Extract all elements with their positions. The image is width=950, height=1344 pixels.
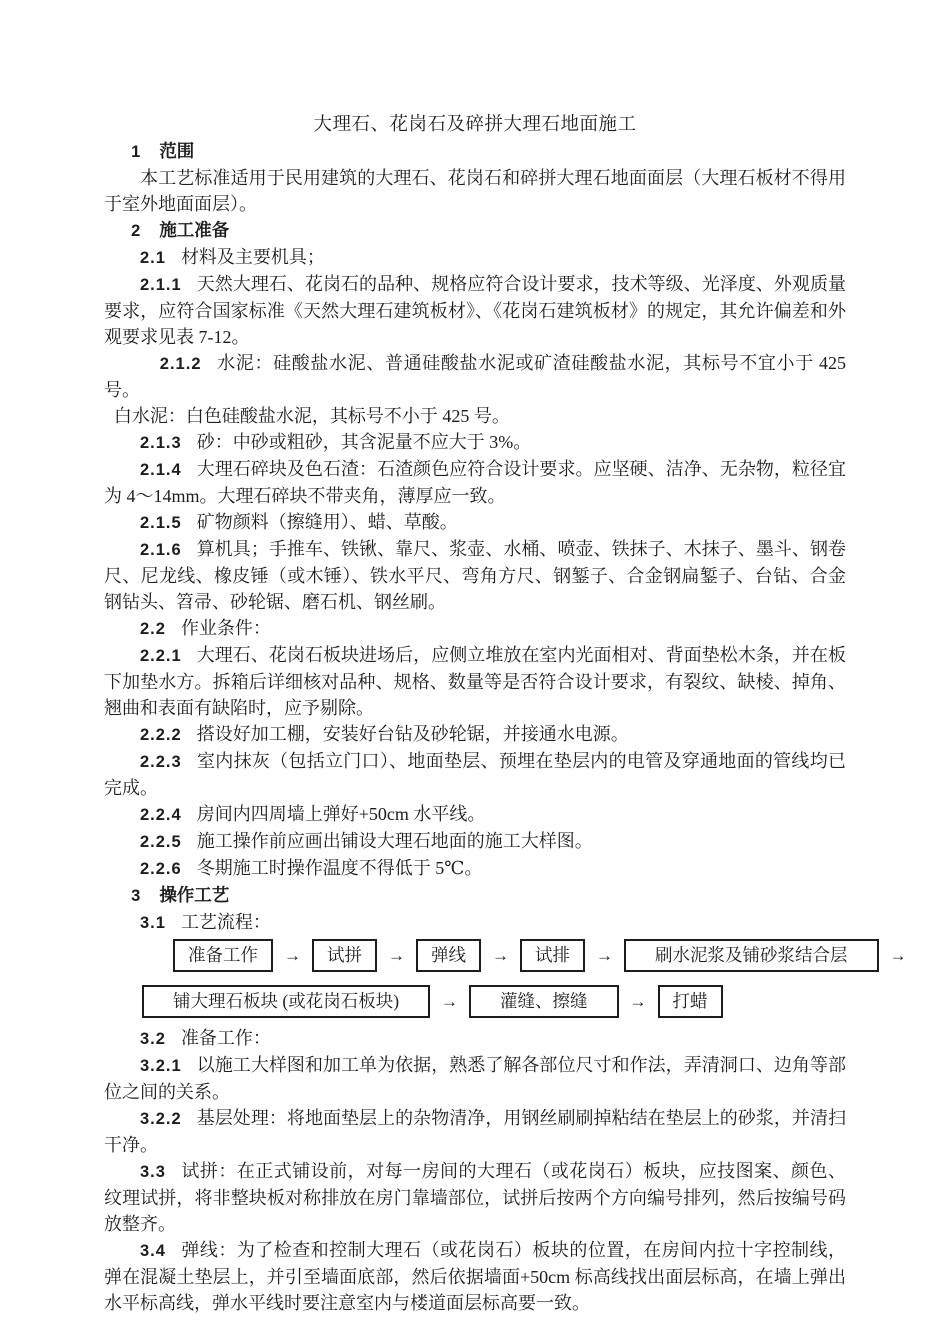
para-scope-intro: 本工艺标准适用于民用建筑的大理石、花岗石和碎拼大理石地面面层（大理石板材不得用于… [104,165,846,217]
heading-number: 3 [131,887,141,905]
item-number: 2.1.3 [140,434,182,452]
item-text: 基层处理：将地面垫层上的杂物清净，用钢丝刷刷掉粘结在垫层上的砂浆，并清扫干净。 [104,1108,846,1155]
item-text: 准备工作： [181,1028,271,1048]
flow-step-waxing: 打蜡 [658,985,723,1018]
item-number: 2.2.1 [140,647,182,665]
para-2-1-1: 2.1.1天然大理石、花岗石的品种、规格应符合设计要求，技术等级、光泽度、外观质… [104,271,846,350]
item-text: 大理石碎块及色石渣：石渣颜色应符合设计要求。应坚硬、洁净、无杂物，粒径宜为 4～… [104,459,846,506]
item-number: 2.1 [140,249,166,267]
item-text: 试拼：在正式铺设前，对每一房间的大理石（或花岗石）板块，应技图案、颜色、纹理试拼… [104,1161,846,1234]
process-flowchart: 准备工作 → 试拼 → 弹线 → 试排 → 刷水泥浆及铺砂浆结合层 → 铺大理石… [104,939,846,1018]
item-text: 冬期施工时操作温度不得低于 5℃。 [197,858,483,878]
para-2-2-6: 2.2.6冬期施工时操作温度不得低于 5℃。 [104,855,846,882]
item-number: 2.1.5 [140,514,182,532]
para-3-1: 3.1工艺流程： [104,909,846,936]
item-number: 3.2.2 [140,1110,182,1128]
item-text: 施工操作前应画出铺设大理石地面的施工大样图。 [197,831,593,851]
flowchart-row-2: 铺大理石板块 (或花岗石板块) → 灌缝、擦缝 → 打蜡 [142,985,846,1018]
item-number: 2.2.5 [140,833,182,851]
flow-step-grouting-jointing: 灌缝、擦缝 [469,985,619,1018]
para-2-1: 2.1材料及主要机具； [104,244,846,271]
heading-text: 范围 [159,141,194,161]
para-3-4: 3.4弹线：为了检查和控制大理石（或花岗石）板块的位置，在房间内拉十字控制线，弹… [104,1237,846,1316]
item-text: 以施工大样图和加工单为依据，熟悉了解各部位尺寸和作法，弄清洞口、边角等部位之间的… [104,1055,846,1102]
item-text: 算机具；手推车、铁锹、靠尺、浆壶、水桶、喷壶、铁抹子、木抹子、墨斗、钢卷尺、尼龙… [104,539,846,612]
item-number: 3.2.1 [140,1057,182,1075]
item-number: 2.2 [140,620,166,638]
para-2-2-4: 2.2.4房间内四周墙上弹好+50cm 水平线。 [104,801,846,828]
item-number: 2.1.6 [140,541,182,559]
para-2-1-5: 2.1.5矿物颜料（擦缝用）、蜡、草酸。 [104,509,846,536]
item-number: 3.1 [140,914,166,932]
heading-number: 2 [131,222,141,240]
item-text: 水泥：硅酸盐水泥、普通硅酸盐水泥或矿渣硅酸盐水泥，其标号不宜小于 425 号。 [104,353,846,400]
flow-arrow-icon: → [388,944,405,967]
flow-step-snap-lines: 弹线 [416,939,481,972]
heading-scope: 1范围 [104,138,846,165]
flowchart-row-1: 准备工作 → 试拼 → 弹线 → 试排 → 刷水泥浆及铺砂浆结合层 → [173,939,846,972]
item-number: 2.2.6 [140,860,182,878]
flow-step-cement-slurry-bonding-layer: 刷水泥浆及铺砂浆结合层 [624,939,879,972]
para-2-1-2: 2.1.2水泥：硅酸盐水泥、普通硅酸盐水泥或矿渣硅酸盐水泥，其标号不宜小于 42… [104,350,846,403]
para-2-2-1: 2.2.1大理石、花岗石板块进场后，应侧立堆放在室内光面相对、背面垫松木条，并在… [104,642,846,721]
para-2-2: 2.2作业条件： [104,615,846,642]
para-2-1-3: 2.1.3砂：中砂或粗砂，其含泥量不应大于 3%。 [104,429,846,456]
item-text: 弹线：为了检查和控制大理石（或花岗石）板块的位置，在房间内拉十字控制线，弹在混凝… [104,1240,846,1313]
item-text: 工艺流程： [181,912,271,932]
para-2-1-4: 2.1.4大理石碎块及色石渣：石渣颜色应符合设计要求。应坚硬、洁净、无杂物，粒径… [104,456,846,509]
flow-step-lay-marble-slabs: 铺大理石板块 (或花岗石板块) [142,985,430,1018]
item-text: 搭设好加工棚，安装好台钻及砂轮锯，并接通水电源。 [197,724,629,744]
para-white-cement: 白水泥：白色硅酸盐水泥，其标号不小于 425 号。 [104,403,846,429]
item-number: 2.2.3 [140,753,182,771]
heading-operation: 3操作工艺 [104,882,846,909]
heading-text: 施工准备 [159,220,229,240]
item-number: 2.2.4 [140,806,182,824]
flow-arrow-icon: → [596,944,613,967]
flow-step-preparation: 准备工作 [173,939,273,972]
para-3-2-1: 3.2.1以施工大样图和加工单为依据，熟悉了解各部位尺寸和作法，弄清洞口、边角等… [104,1052,846,1105]
para-2-2-2: 2.2.2搭设好加工棚，安装好台钻及砂轮锯，并接通水电源。 [104,721,846,748]
item-number: 3.2 [140,1030,166,1048]
para-3-2: 3.2准备工作： [104,1025,846,1052]
item-number: 2.2.2 [140,726,182,744]
para-3-2-2: 3.2.2基层处理：将地面垫层上的杂物清净，用钢丝刷刷掉粘结在垫层上的砂浆，并清… [104,1105,846,1158]
para-2-2-3: 2.2.3室内抹灰（包括立门口）、地面垫层、预埋在垫层内的电管及穿通地面的管线均… [104,748,846,801]
item-number: 3.4 [140,1242,166,1260]
item-text: 天然大理石、花岗石的品种、规格应符合设计要求，技术等级、光泽度、外观质量要求，应… [104,274,846,347]
heading-number: 1 [131,143,141,161]
flow-arrow-icon: → [441,990,458,1013]
flow-arrow-icon: → [630,990,647,1013]
heading-text: 操作工艺 [159,885,229,905]
item-number: 2.1.4 [140,461,182,479]
item-text: 室内抹灰（包括立门口）、地面垫层、预埋在垫层内的电管及穿通地面的管线均已完成。 [104,751,846,798]
item-text: 材料及主要机具； [181,247,325,267]
para-2-1-6: 2.1.6算机具；手推车、铁锹、靠尺、浆壶、水桶、喷壶、铁抹子、木抹子、墨斗、钢… [104,536,846,615]
item-text: 砂：中砂或粗砂，其含泥量不应大于 3%。 [197,432,532,452]
item-text: 矿物颜料（擦缝用）、蜡、草酸。 [197,512,458,532]
flow-step-trial-assembly: 试拼 [312,939,377,972]
flow-step-trial-layout: 试排 [520,939,585,972]
flow-arrow-icon: → [284,944,301,967]
para-2-2-5: 2.2.5施工操作前应画出铺设大理石地面的施工大样图。 [104,828,846,855]
item-text: 大理石、花岗石板块进场后，应侧立堆放在室内光面相对、背面垫松木条，并在板下加垫水… [104,645,846,718]
item-number: 2.1.1 [140,276,182,294]
item-text: 作业条件： [181,618,271,638]
item-text: 房间内四周墙上弹好+50cm 水平线。 [197,804,486,824]
flow-arrow-icon: → [890,944,907,967]
para-3-3: 3.3试拼：在正式铺设前，对每一房间的大理石（或花岗石）板块，应技图案、颜色、纹… [104,1158,846,1237]
item-number: 2.1.2 [160,355,202,373]
heading-preparation: 2施工准备 [104,217,846,244]
document-title: 大理石、花岗石及碎拼大理石地面施工 [104,112,846,138]
document-page: 大理石、花岗石及碎拼大理石地面施工 1范围 本工艺标准适用于民用建筑的大理石、花… [0,0,950,1344]
item-number: 3.3 [140,1163,166,1181]
flow-arrow-icon: → [492,944,509,967]
